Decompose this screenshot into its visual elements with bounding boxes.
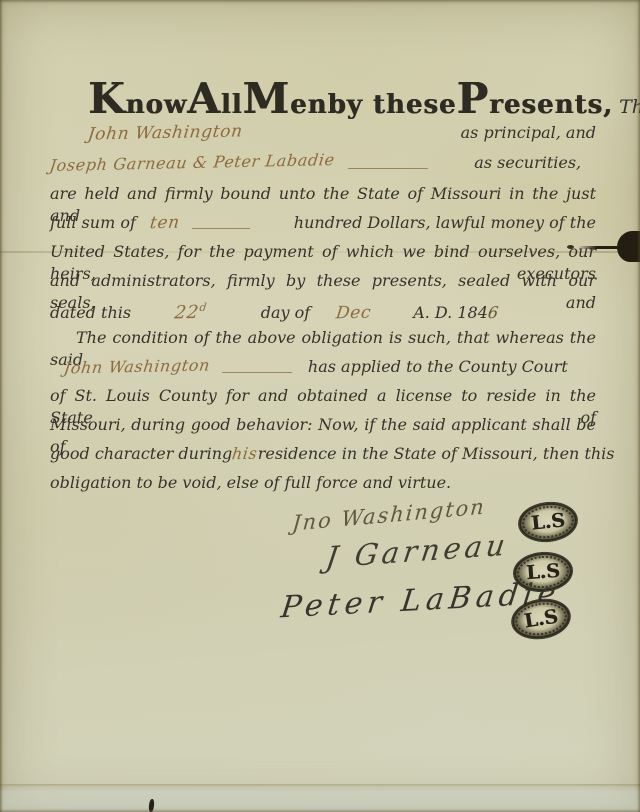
document-line: Joseph Garneau & Peter Labadie as securi… <box>50 152 596 174</box>
fold-crease-bottom <box>0 784 640 812</box>
printed-dated-this: dated this <box>50 302 131 324</box>
signature-j-garneau: J Garneau <box>324 527 511 574</box>
handwritten-year-digit: 6 <box>487 302 500 324</box>
printed-obligation-void: obligation to be void, else of full forc… <box>50 473 451 492</box>
document-line: good character during his residence in t… <box>50 443 596 465</box>
document-title: Know All Men by these Presents, That We, <box>88 74 592 123</box>
title-word-bythese: by these <box>327 90 456 120</box>
signature-jno-washington: Jno Washington <box>291 494 487 535</box>
handwritten-dash <box>222 362 292 373</box>
paper-edge-top <box>0 0 640 3</box>
printed-anno-domini: A. D. 184 <box>413 302 488 324</box>
printed-day-of: day of <box>261 302 310 324</box>
handwritten-applicant-name: John Washington <box>62 354 211 379</box>
document-line: John Washington has applied to the Count… <box>50 356 596 378</box>
handwritten-his: his <box>231 443 259 466</box>
handwritten-dash <box>192 218 250 229</box>
seal-ls-text: L.S <box>530 509 566 534</box>
printed-full-sum-of: full sum of <box>50 212 136 234</box>
seal-ls-text: L.S <box>523 606 560 633</box>
document-paper: Know All Men by these Presents, That We,… <box>0 0 640 812</box>
document-line: dated this 22d day of Dec A. D. 184 6 <box>50 297 596 324</box>
seal-stamp: L.S <box>517 500 579 544</box>
handwritten-principal-name: John Washington <box>86 120 244 145</box>
document-line: full sum of ten hundred Dollars, lawful … <box>50 212 596 234</box>
document-line: John Washington as principal, and <box>50 122 596 144</box>
handwritten-day: 22d <box>173 297 208 325</box>
handwritten-day-number: 22 <box>174 302 201 324</box>
handwritten-day-suffix: d <box>199 301 208 314</box>
printed-as-securities: as securities, <box>474 152 581 174</box>
paper-tear-dot <box>567 245 574 249</box>
title-that-we: That We, <box>613 96 640 118</box>
paper-edge-left <box>0 0 3 812</box>
printed-as-principal: as principal, and <box>461 122 596 144</box>
printed-good-character: good character during <box>50 443 232 465</box>
document-line: obligation to be void, else of full forc… <box>50 472 596 494</box>
title-word-know: Know <box>88 74 187 123</box>
title-word-all: All <box>187 74 242 123</box>
title-word-men: Men <box>243 74 328 123</box>
paper-tear-streak <box>578 246 620 249</box>
printed-residence-text: residence in the State of Missouri, then… <box>258 443 615 465</box>
handwritten-sum: ten <box>149 212 181 235</box>
handwritten-dash <box>348 158 428 169</box>
printed-has-applied: has applied to the County Court <box>308 356 568 378</box>
handwritten-month: Dec <box>335 302 373 325</box>
printed-hundred-dollars: hundred Dollars, lawful money of the <box>294 212 596 234</box>
title-word-presents: Presents, <box>456 74 613 123</box>
handwritten-securities-names: Joseph Garneau & Peter Labadie <box>48 149 336 177</box>
